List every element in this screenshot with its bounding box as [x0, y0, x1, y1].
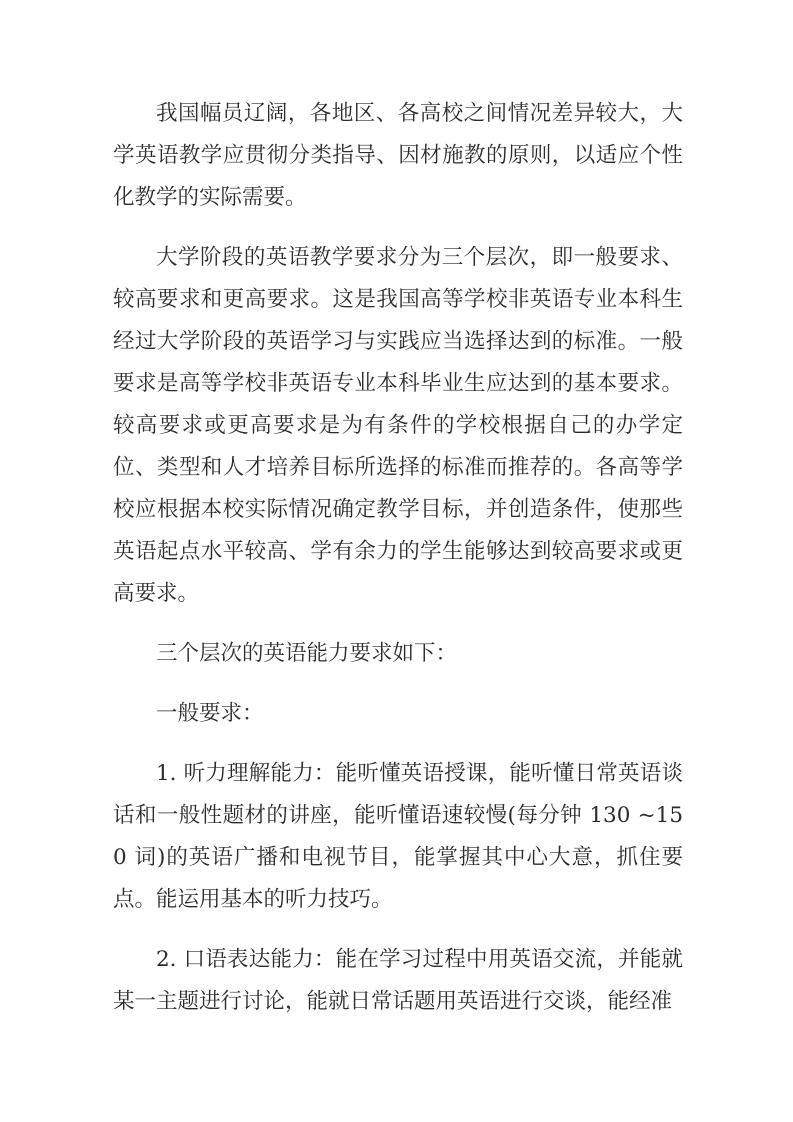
document-body: 我国幅员辽阔，各地区、各高校之间情况差异较大，大学英语教学应贯彻分类指导、因材施… — [113, 93, 683, 1041]
paragraph-levels-heading: 三个层次的英语能力要求如下： — [113, 633, 683, 675]
paragraph-three-levels: 大学阶段的英语教学要求分为三个层次，即一般要求、较高要求和更高要求。这是我国高等… — [113, 237, 683, 615]
paragraph-general-requirement-heading: 一般要求： — [113, 693, 683, 735]
paragraph-speaking-ability: 2. 口语表达能力：能在学习过程中用英语交流，并能就某一主题进行讨论，能就日常话… — [113, 939, 683, 1023]
paragraph-intro-regions: 我国幅员辽阔，各地区、各高校之间情况差异较大，大学英语教学应贯彻分类指导、因材施… — [113, 93, 683, 219]
document-page: 我国幅员辽阔，各地区、各高校之间情况差异较大，大学英语教学应贯彻分类指导、因材施… — [0, 0, 793, 1122]
paragraph-listening-ability: 1. 听力理解能力：能听懂英语授课，能听懂日常英语谈话和一般性题材的讲座，能听懂… — [113, 753, 683, 921]
